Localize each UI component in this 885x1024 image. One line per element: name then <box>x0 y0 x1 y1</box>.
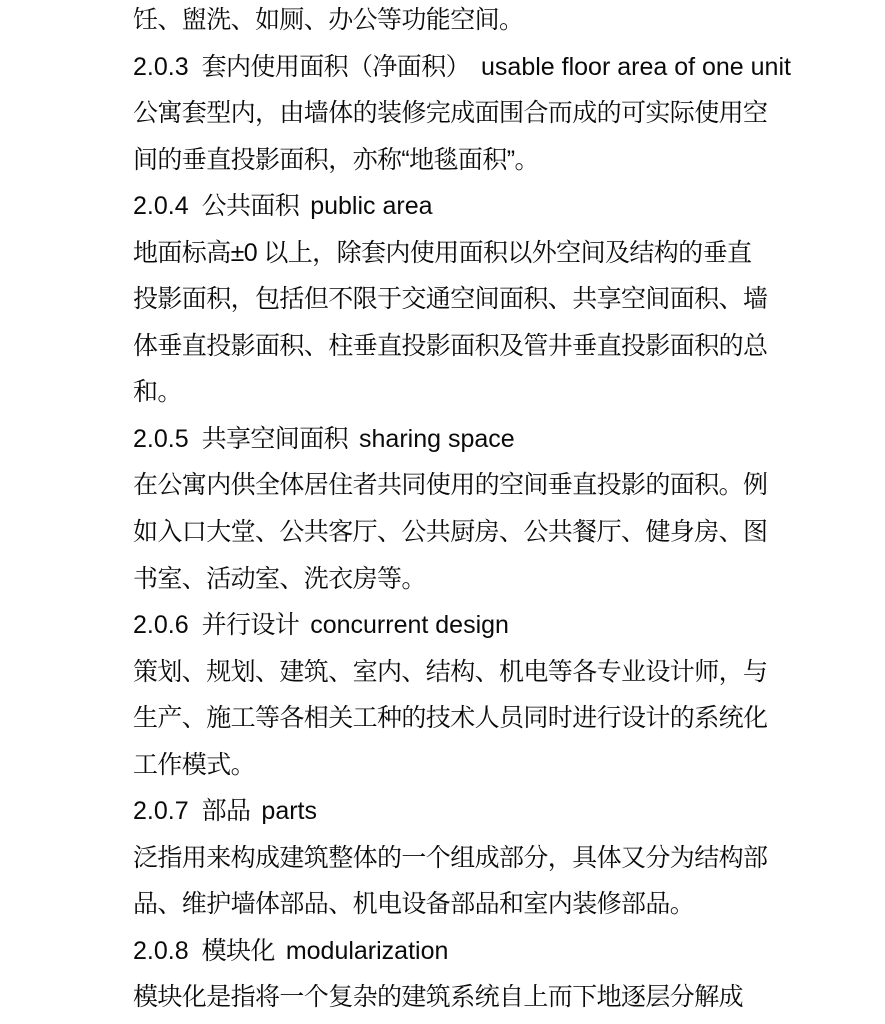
body-line: 公寓套型内，由墙体的装修完成面围合而成的可实际使用空 <box>133 90 765 137</box>
term-heading-2-0-3: 2.0.3套内使用面积（净面积）usable floor area of one… <box>133 44 765 91</box>
body-line: 泛指用来构成建筑整体的一个组成部分，具体又分为结构部 <box>133 835 765 882</box>
body-line: 策划、规划、建筑、室内、结构、机电等各专业设计师，与 <box>133 649 765 696</box>
term-english: sharing space <box>359 425 515 453</box>
document-page: 饪、盥洗、如厕、办公等功能空间。 2.0.3套内使用面积（净面积）usable … <box>0 0 885 1024</box>
term-chinese: 公共面积 <box>202 192 300 220</box>
term-chinese: 共享空间面积 <box>202 425 348 453</box>
body-line: 体垂直投影面积、柱垂直投影面积及管井垂直投影面积的总 <box>133 323 765 370</box>
term-number: 2.0.6 <box>133 611 189 639</box>
text-block: 饪、盥洗、如厕、办公等功能空间。 2.0.3套内使用面积（净面积）usable … <box>133 0 765 1021</box>
term-heading-2-0-6: 2.0.6并行设计concurrent design <box>133 602 765 649</box>
term-number: 2.0.7 <box>133 797 189 825</box>
term-heading-2-0-7: 2.0.7部品parts <box>133 788 765 835</box>
body-line: 书室、活动室、洗衣房等。 <box>133 556 765 603</box>
term-heading-2-0-8: 2.0.8模块化modularization <box>133 928 765 975</box>
body-line: 和。 <box>133 369 765 416</box>
term-chinese: 部品 <box>202 797 251 825</box>
term-english: public area <box>310 192 432 220</box>
term-chinese: 套内使用面积（净面积） <box>202 53 470 81</box>
term-heading-2-0-5: 2.0.5共享空间面积sharing space <box>133 416 765 463</box>
body-line: 在公寓内供全体居住者共同使用的空间垂直投影的面积。例 <box>133 462 765 509</box>
term-chinese: 模块化 <box>202 937 275 965</box>
body-line: 品、维护墙体部品、机电设备部品和室内装修部品。 <box>133 881 765 928</box>
term-english: modularization <box>286 937 449 965</box>
term-number: 2.0.8 <box>133 937 189 965</box>
body-line: 饪、盥洗、如厕、办公等功能空间。 <box>133 0 765 44</box>
term-chinese: 并行设计 <box>202 611 300 639</box>
body-line: 模块化是指将一个复杂的建筑系统自上而下地逐层分解成 <box>133 974 765 1021</box>
term-number: 2.0.5 <box>133 425 189 453</box>
term-number: 2.0.3 <box>133 53 189 81</box>
body-line: 投影面积，包括但不限于交通空间面积、共享空间面积、墙 <box>133 276 765 323</box>
body-line: 地面标高±0 以上，除套内使用面积以外空间及结构的垂直 <box>133 230 765 277</box>
term-english: parts <box>261 797 317 825</box>
term-heading-2-0-4: 2.0.4公共面积public area <box>133 183 765 230</box>
term-number: 2.0.4 <box>133 192 189 220</box>
term-english: concurrent design <box>310 611 509 639</box>
body-line: 如入口大堂、公共客厅、公共厨房、公共餐厅、健身房、图 <box>133 509 765 556</box>
body-line: 工作模式。 <box>133 742 765 789</box>
body-line: 间的垂直投影面积，亦称“地毯面积”。 <box>133 137 765 184</box>
body-line: 生产、施工等各相关工种的技术人员同时进行设计的系统化 <box>133 695 765 742</box>
term-english: usable floor area of one unit <box>481 53 791 81</box>
